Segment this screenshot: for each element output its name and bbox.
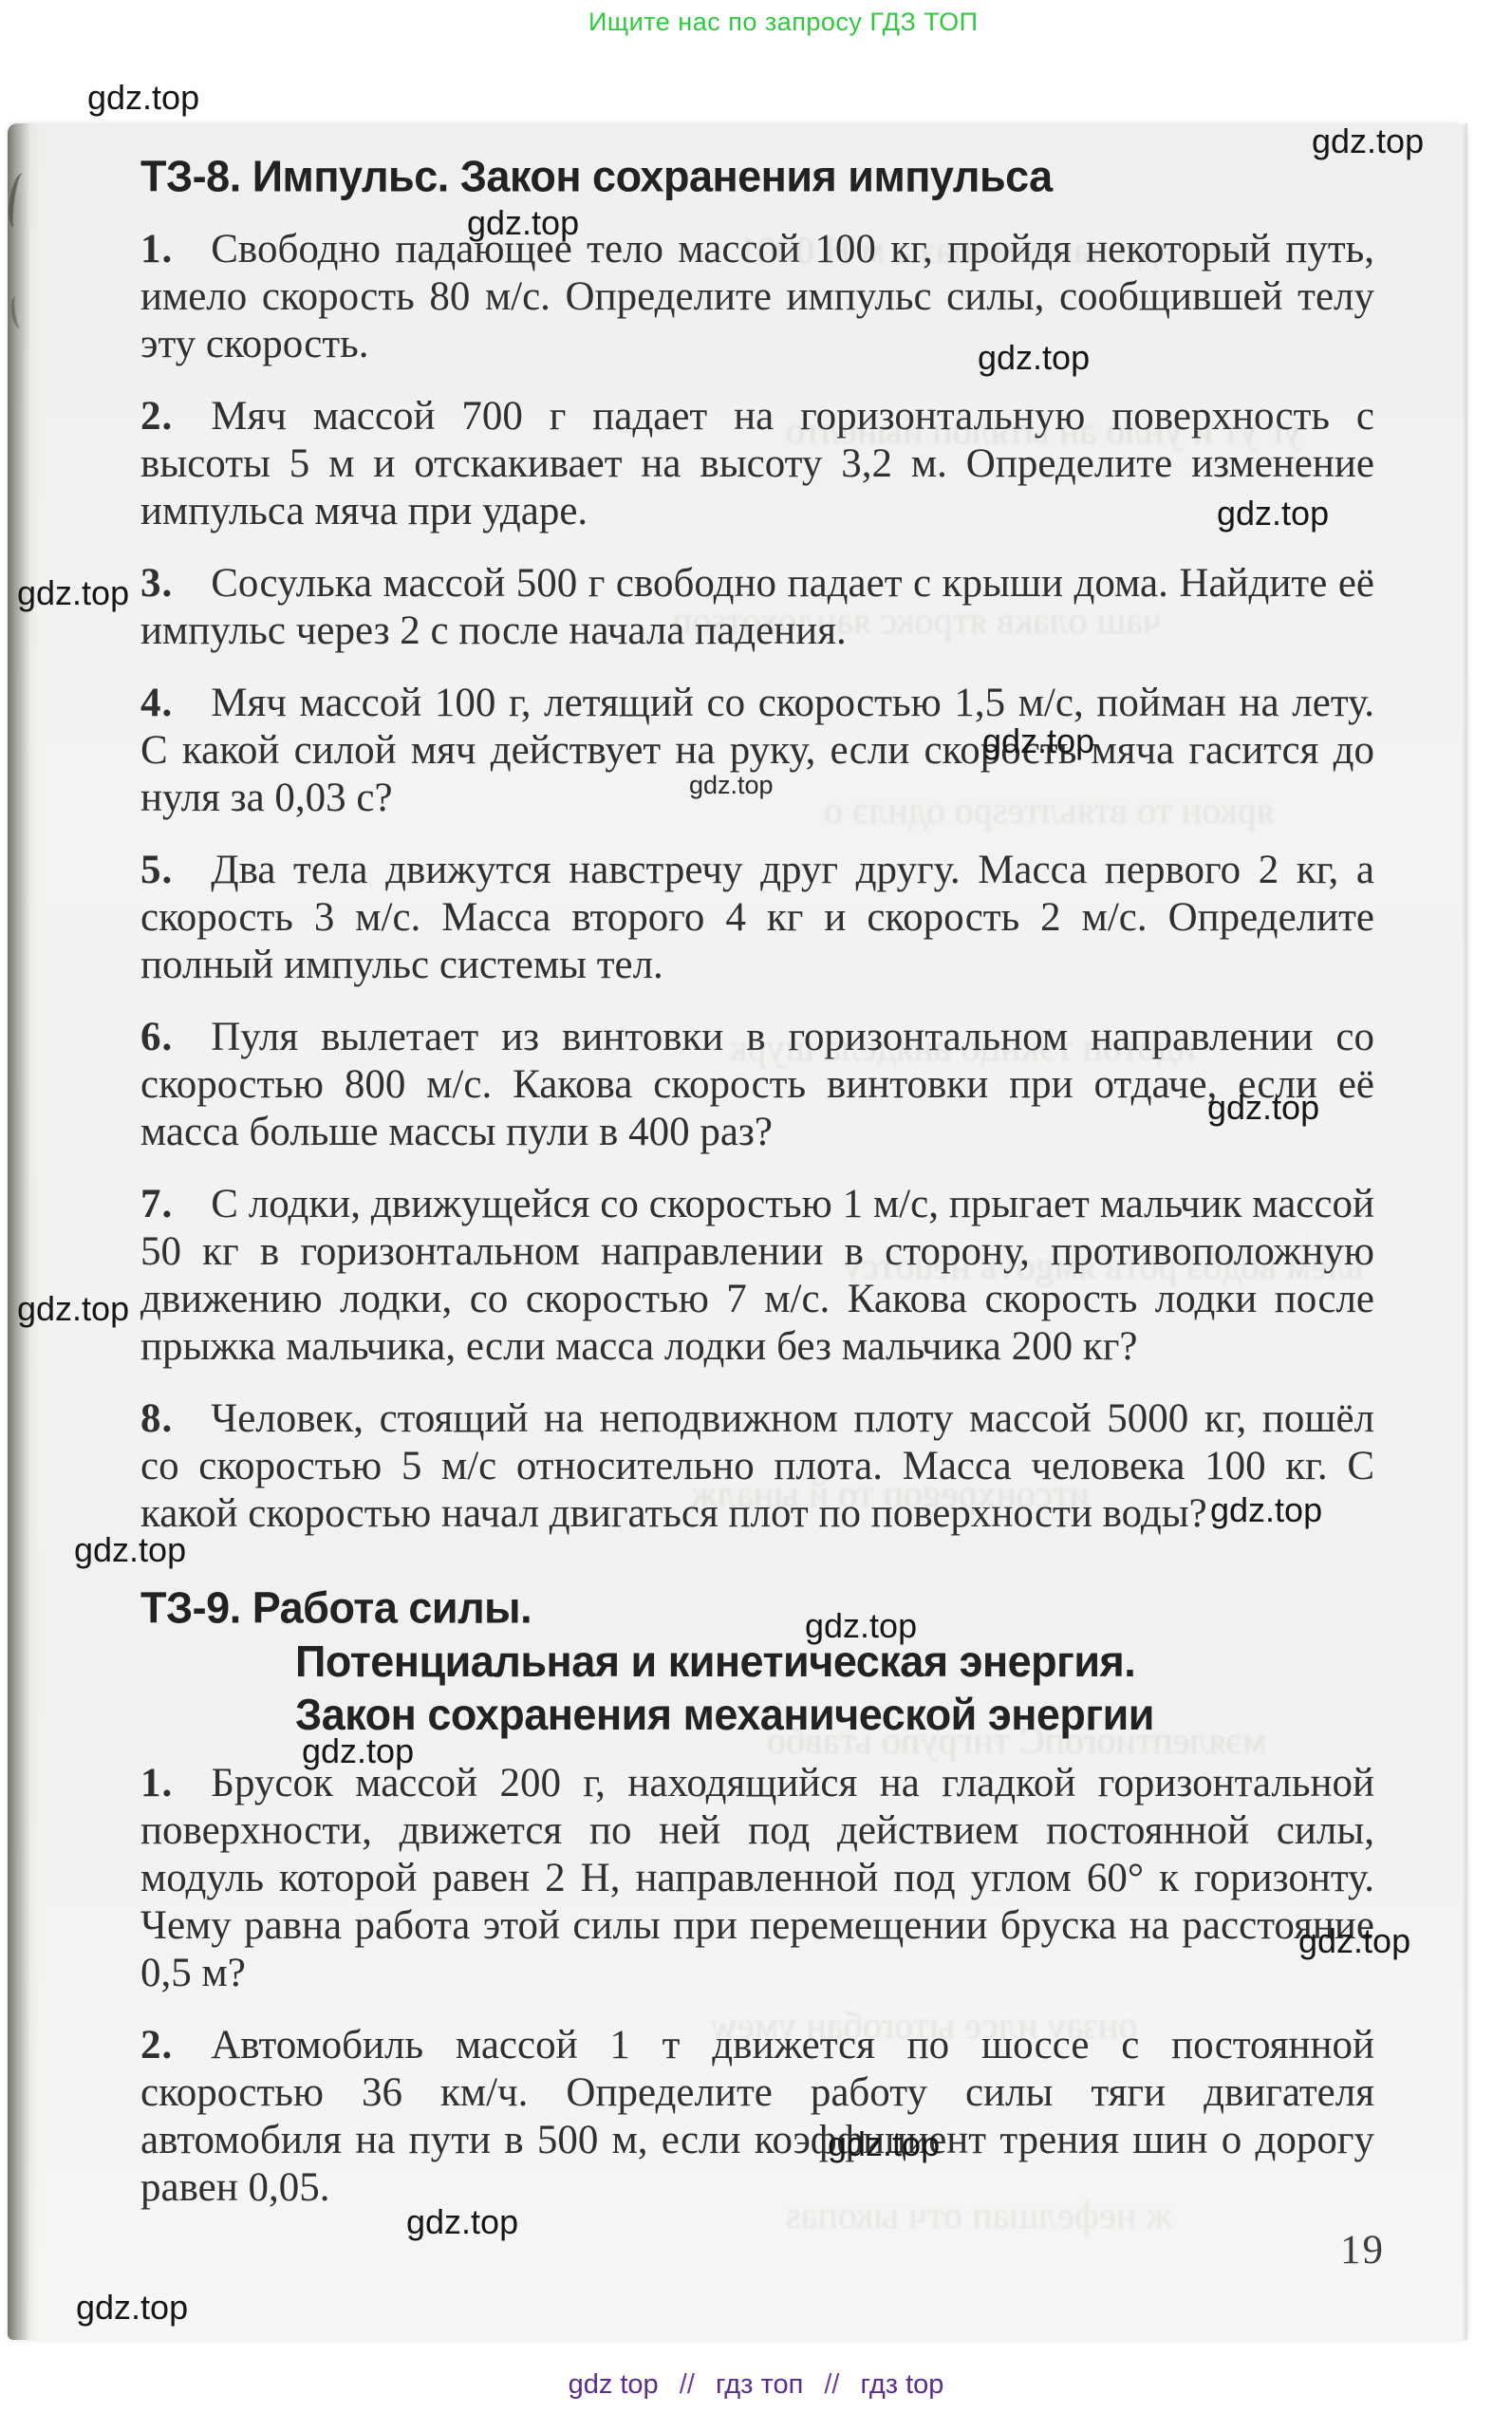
footer-link-3[interactable]: гдз top	[861, 2369, 944, 2400]
section-tz9-problems: 1.Брусок массой 200 г, находящийся на гл…	[140, 1760, 1374, 2212]
problem-item: 6.Пуля вылетает из винтовки в горизонтал…	[140, 1014, 1374, 1156]
page-scan: мотч идп яаннемлпаз а м Н 0001 уг ут и у…	[8, 123, 1467, 2340]
problem-item: 1.Свободно падающее тело массой 100 кг, …	[140, 226, 1374, 368]
problem-number: 2.	[140, 394, 173, 439]
section-tz8-problems: 1.Свободно падающее тело массой 100 кг, …	[140, 226, 1374, 1538]
gdz-watermark: gdz.top	[74, 1530, 186, 1570]
problem-number: 8.	[140, 1396, 173, 1441]
page-number: 19	[1340, 2227, 1385, 2273]
gdz-watermark: gdz.top	[1210, 1490, 1322, 1530]
problem-item: 2.Автомобиль массой 1 т движется по шосс…	[140, 2022, 1374, 2212]
gdz-watermark: gdz.top	[1217, 494, 1329, 533]
problem-number: 7.	[140, 1182, 173, 1226]
footer-link-2[interactable]: гдз топ	[716, 2369, 803, 2400]
problem-number: 6.	[140, 1015, 173, 1059]
page-right-edge	[1462, 123, 1467, 2340]
problem-number: 1.	[140, 1761, 173, 1805]
tz9-title-line1: ТЗ-9. Работа силы.	[140, 1582, 532, 1633]
footer-separator: //	[824, 2369, 839, 2400]
tz9-title-line2: Потенциальная и кинетическая энергия.	[140, 1635, 1374, 1688]
gdz-watermark: gdz.top	[805, 1606, 917, 1646]
footer-separator: //	[680, 2369, 695, 2400]
gdz-watermark: gdz.top	[689, 771, 774, 800]
problem-number: 1.	[140, 227, 173, 271]
footer-link-1[interactable]: gdz top	[569, 2369, 659, 2400]
gdz-watermark: gdz.top	[978, 338, 1090, 378]
problem-item: 3.Сосулька массой 500 г свободно падает …	[140, 560, 1374, 655]
gdz-watermark: gdz.top	[982, 721, 1094, 761]
section-title-tz9: ТЗ-9. Работа силы. Потенциальная и кинет…	[140, 1581, 1374, 1741]
problem-item: 4.Мяч массой 100 г, летящий со скоростью…	[140, 680, 1374, 822]
problem-item: 1.Брусок массой 200 г, находящийся на гл…	[140, 1760, 1374, 1997]
problem-number: 4.	[140, 681, 173, 725]
problem-number: 2.	[140, 2023, 173, 2067]
problem-number: 5.	[140, 848, 173, 892]
gdz-watermark: gdz.top	[1312, 122, 1424, 161]
gdz-watermark: gdz.top	[302, 1731, 414, 1771]
gdz-watermark: gdz.top	[406, 2202, 518, 2242]
book-gutter-shadow	[8, 123, 40, 2340]
problem-item: 2.Мяч массой 700 г падает на горизонталь…	[140, 393, 1374, 535]
gdz-watermark: gdz.top	[467, 203, 579, 243]
gdz-watermark: gdz.top	[1207, 1088, 1319, 1128]
problem-item: 8.Человек, стоящий на неподвижном плоту …	[140, 1395, 1374, 1538]
text-column: ТЗ-8. Импульс. Закон сохранения импульса…	[140, 150, 1374, 2212]
gdz-watermark: gdz.top	[87, 78, 199, 118]
gdz-watermark: gdz.top	[76, 2288, 188, 2328]
promo-banner-link[interactable]: Ищите нас по запросу ГДЗ ТОП	[588, 8, 979, 37]
gdz-watermark: gdz.top	[17, 573, 129, 613]
footer-links: gdz top // гдз топ // гдз top	[0, 2369, 1512, 2401]
gdz-watermark: gdz.top	[17, 1289, 129, 1329]
section-title-tz8: ТЗ-8. Импульс. Закон сохранения импульса	[140, 150, 1374, 203]
gdz-watermark: gdz.top	[828, 2124, 940, 2164]
scanned-textbook-page: { "top_banner": { "text": "Ищите нас по …	[0, 0, 1512, 2413]
problem-item: 5.Два тела движутся навстречу друг другу…	[140, 847, 1374, 989]
problem-item: 7.С лодки, движущейся со скоростью 1 м/с…	[140, 1181, 1374, 1371]
gdz-watermark: gdz.top	[1298, 1921, 1410, 1961]
problem-number: 3.	[140, 561, 173, 606]
